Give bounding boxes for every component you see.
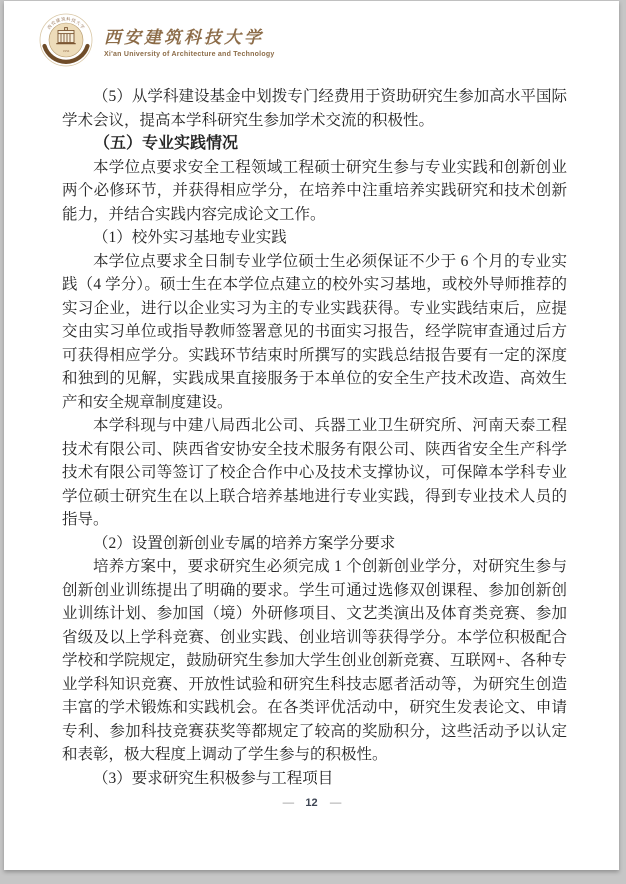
paragraph-practice-overview: 本学位点要求安全工程领域工程硕士研究生参与专业实践和创新创业两个必修环节，并获得… (62, 156, 567, 227)
subheading-1-internship-base: （1）校外实习基地专业实践 (62, 226, 567, 250)
section-heading-practice: （五）专业实践情况 (62, 132, 567, 156)
page-number: 12 (305, 797, 317, 809)
paragraph-innovation-detail: 培养方案中，要求研究生必须完成 1 个创新创业学分，对研究生参与创新创业训练提出… (62, 555, 567, 767)
footer-dash-right: — (330, 797, 341, 809)
university-name-zh: 西安建筑科技大学 (104, 23, 275, 48)
subheading-3-engineering: （3）要求研究生积极参与工程项目 (62, 767, 567, 791)
university-seal-icon: 西安建筑科技大学 1956 (39, 13, 93, 67)
footer-dash-left: — (283, 797, 294, 809)
university-wordmark: 西安建筑科技大学 Xi'an University of Architectur… (104, 23, 275, 58)
paragraph-internship-detail: 本学位点要求全日制专业学位硕士生必须保证不少于 6 个月的专业实践（4 学分）。… (62, 250, 567, 415)
paragraph-partner-companies: 本学科现与中建八局西北公司、兵器工业卫生研究所、河南天泰工程技术有限公司、陕西省… (62, 414, 567, 532)
letterhead: 西安建筑科技大学 1956 西安建筑科技大学 Xi'an University … (39, 13, 275, 67)
seal-year: 1956 (63, 49, 70, 53)
university-name-en: Xi'an University of Architecture and Tec… (104, 51, 275, 58)
page-footer: — 12 — (4, 797, 619, 809)
document-page: 西安建筑科技大学 1956 西安建筑科技大学 Xi'an University … (4, 1, 619, 870)
paragraph-5-funding: （5）从学科建设基金中划拨专门经费用于资助研究生参加高水平国际学术会议，提高本学… (62, 85, 567, 132)
subheading-2-innovation-credit: （2）设置创新创业专属的培养方案学分要求 (62, 532, 567, 556)
document-body: （5）从学科建设基金中划拨专门经费用于资助研究生参加高水平国际学术会议，提高本学… (62, 85, 567, 790)
